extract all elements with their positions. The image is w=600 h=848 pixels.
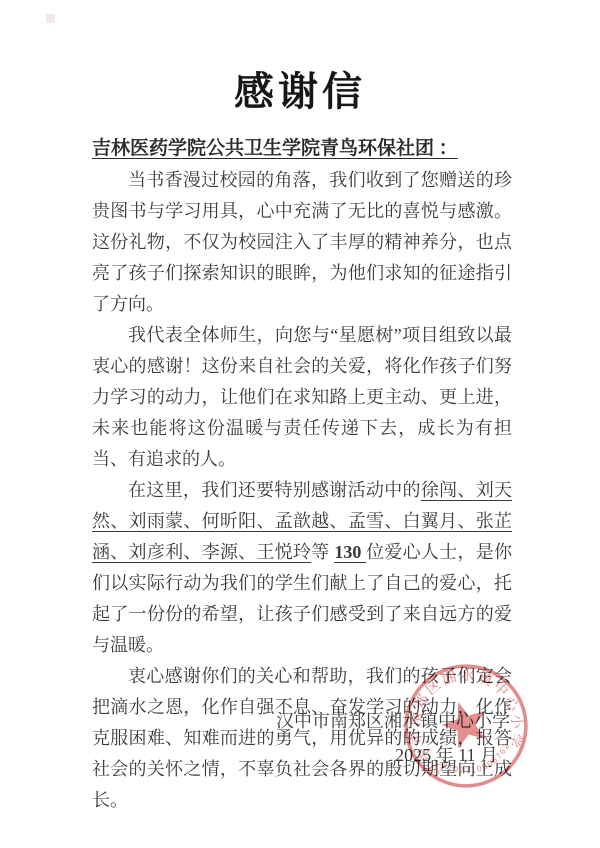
seal-number-text: 8107710008762 (438, 739, 516, 784)
paragraph-2: 我代表全体师生，向您与“星愿树”项目组致以最衷心的感谢！这份来自社会的关爱，将化… (92, 320, 512, 475)
paragraph-1: 当书香漫过校园的角落，我们收到了您赠送的珍贵图书与学习用具，心中充满了无比的喜悦… (92, 165, 512, 320)
salutation: 吉林医药学院公共卫生学院青鸟环保社团 ： (92, 133, 458, 160)
thank-you-letter-page: 感谢信 吉林医药学院公共卫生学院青鸟环保社团 ： 当书香漫过校园的角落，我们收到… (0, 0, 600, 848)
star-icon (436, 695, 493, 751)
donor-count: 130 (334, 542, 366, 562)
paragraph-3: 在这里，我们还要特别感谢活动中的徐闯、刘天然、刘雨蒙、何昕阳、孟歆越、孟雪、白翼… (92, 475, 512, 661)
paragraph-3-lead: 在这里，我们还要特别感谢活动中的 (128, 480, 421, 500)
scan-artifact-dot (46, 14, 55, 23)
paragraph-3-mid: 等 (311, 542, 334, 562)
letter-title: 感谢信 (0, 60, 600, 117)
